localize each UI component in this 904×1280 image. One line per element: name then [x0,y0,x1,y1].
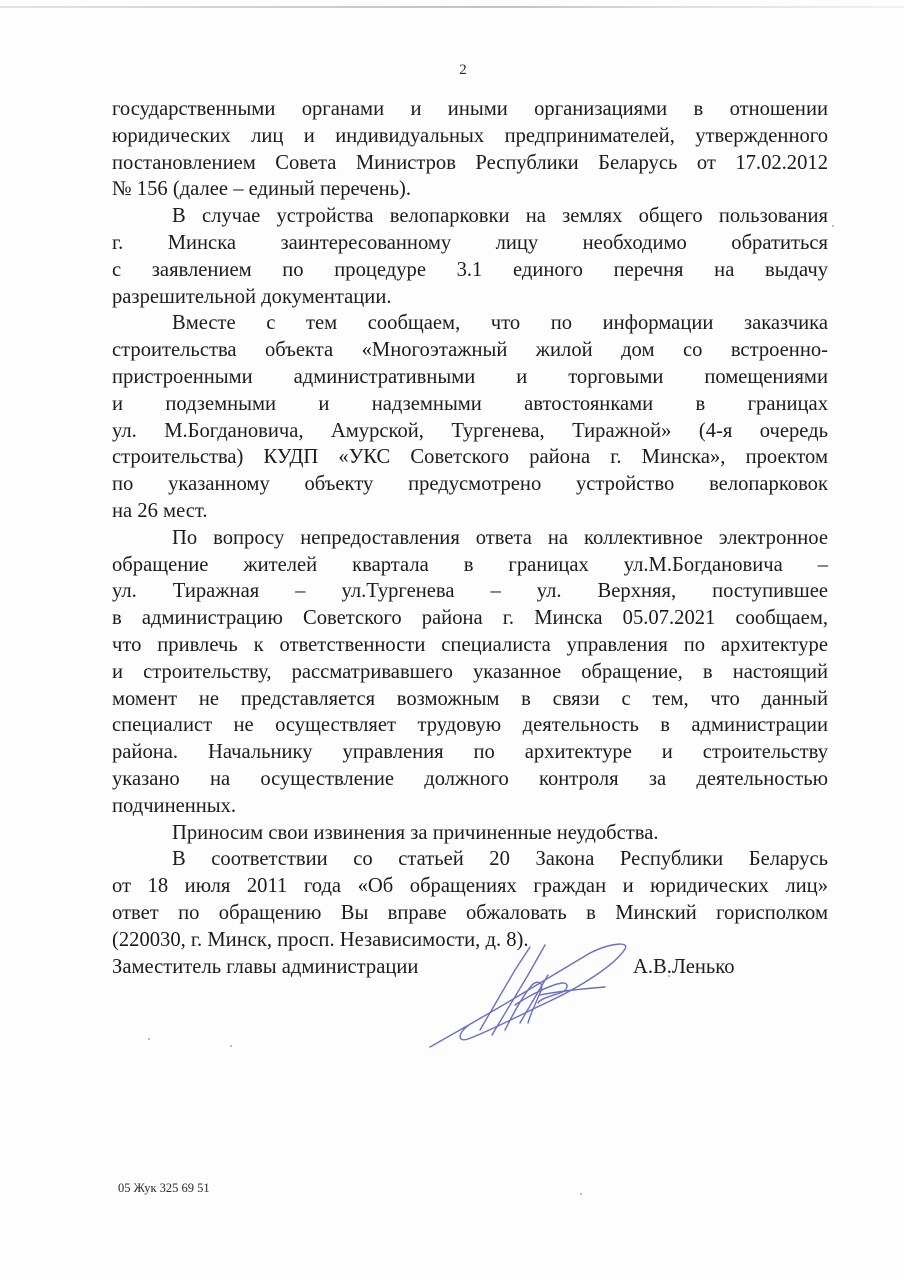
text-line: что привлечь к ответственности специалис… [112,632,828,659]
text-line: с заявлением по процедуре 3.1 единого пе… [112,257,828,284]
text-line: строительства) КУДП «УКС Советского райо… [112,444,828,471]
text-line: юридических лиц и индивидуальных предпри… [112,123,828,150]
signatory-position: Заместитель главы администрации [112,956,418,979]
text-line: и строительству, рассматривавшего указан… [112,659,828,686]
text-line: В случае устройства велопарковки на земл… [112,203,828,230]
paragraph-bike-parking-public-land: В случае устройства велопарковки на земл… [112,203,828,310]
scan-speck [580,1193,582,1195]
text-line: строительства объекта «Многоэтажный жило… [112,337,828,364]
text-line: в администрацию Советского района г. Мин… [112,605,828,632]
paragraph-unanswered-appeal: По вопросу непредоставления ответа на ко… [112,525,828,820]
text-line: специалист не осуществляет трудовую деят… [112,712,828,739]
scan-speck [230,1045,232,1047]
executor-code: 05 Жук 325 69 51 [118,1181,210,1196]
scan-speck [832,225,834,227]
text-line: и подземными и надземными автостоянками … [112,391,828,418]
scan-edge-shadow [0,6,904,8]
text-line: момент не представляется возможным в свя… [112,686,828,713]
document-page: 2 государственными органами и иными орга… [0,0,904,1280]
paragraph-continuation: государственными органами и иными органи… [112,96,828,203]
text-line: района. Начальнику управления по архитек… [112,739,828,766]
text-line: По вопросу непредоставления ответа на ко… [112,525,828,552]
signatory-name: А.В.Ленько [633,956,735,979]
text-line: постановлением Совета Министров Республи… [112,150,828,177]
scan-speck [148,1038,150,1040]
text-line: № 156 (далее – единый перечень). [112,176,828,203]
handwritten-signature-icon [420,935,640,1050]
text-line: обращение жителей квартала в границах ул… [112,552,828,579]
text-line: государственными органами и иными органи… [112,96,828,123]
text-line: от 18 июля 2011 года «Об обращениях граж… [112,873,828,900]
page-number: 2 [0,62,904,79]
text-line: Приносим свои извинения за причиненные н… [112,820,828,847]
text-line: по указанному объекту предусмотрено устр… [112,471,828,498]
text-line: г. Минска заинтересованному лицу необход… [112,230,828,257]
text-line: В соответствии со статьей 20 Закона Респ… [112,846,828,873]
text-line: указано на осуществление должного контро… [112,766,828,793]
text-line: Вместе с тем сообщаем, что по информации… [112,310,828,337]
paragraph-apology: Приносим свои извинения за причиненные н… [112,820,828,847]
scan-speck [668,975,670,977]
text-line: пристроенными административными и торгов… [112,364,828,391]
text-line: ответ по обращению Вы вправе обжаловать … [112,900,828,927]
paragraph-construction-project-info: Вместе с тем сообщаем, что по информации… [112,310,828,524]
text-line: ул. М.Богдановича, Амурской, Тургенева, … [112,418,828,445]
letter-body: государственными органами и иными органи… [112,96,828,954]
text-line: разрешительной документации. [112,284,828,311]
text-line: подчиненных. [112,793,828,820]
text-line: на 26 мест. [112,498,828,525]
text-line: ул. Тиражная – ул.Тургенева – ул. Верхня… [112,578,828,605]
